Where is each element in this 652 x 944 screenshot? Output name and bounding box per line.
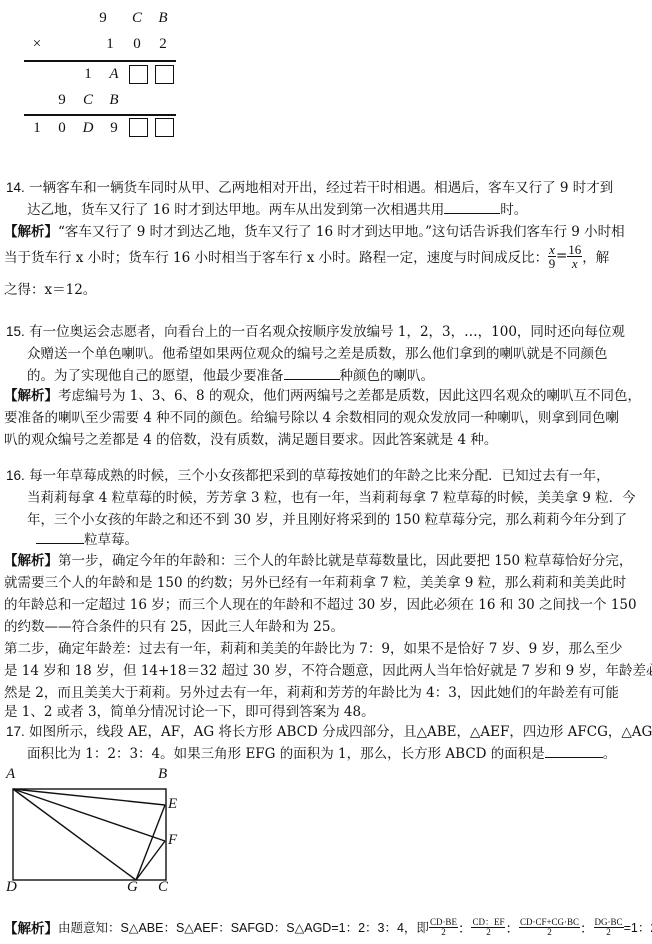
fraction-16-over-x: 16x bbox=[567, 243, 582, 270]
analysis-label: 【解析】 bbox=[4, 917, 58, 937]
letter-d: D bbox=[78, 120, 98, 137]
fraction-x-over-9: x9 bbox=[548, 243, 556, 270]
rectangle-figure: A B E F D G C bbox=[0, 762, 200, 897]
question-text: 一辆客车和一辆货车同时从甲、乙两地相对开出，经过若干时相遇。相遇后，客车又行了 … bbox=[29, 180, 613, 196]
analysis-text: 然是 2，而且美美大于莉莉。另外过去有一年，莉莉和芳芳的年龄比为 4：3，因此她… bbox=[4, 685, 619, 701]
blank-box bbox=[155, 118, 174, 137]
letter-a: A bbox=[104, 66, 124, 83]
digit: 9 bbox=[93, 10, 113, 27]
geometry-diagram bbox=[0, 762, 200, 897]
analysis-text: 之得：x＝12。 bbox=[4, 282, 96, 298]
digit: 0 bbox=[127, 36, 147, 53]
analysis-label: 【解析】 bbox=[4, 553, 58, 569]
question-text: 当莉莉每拿 4 粒草莓的时候，芳芳拿 3 粒，也有一年，当莉莉每拿 7 粒草莓的… bbox=[27, 490, 636, 506]
ratio-separator: ： bbox=[458, 917, 472, 937]
question-text: 年，三个小女孩的年龄之和还不到 30 岁，并且刚好将采到的 150 粒草莓分完，… bbox=[27, 512, 627, 528]
digit: 1 bbox=[78, 66, 98, 83]
question-text: 的。为了实现他自己的愿望，他最少要准备 bbox=[27, 368, 284, 384]
label-g: G bbox=[127, 879, 138, 896]
answer-blank bbox=[545, 745, 603, 758]
answer-blank bbox=[36, 531, 84, 544]
divider-line bbox=[24, 60, 176, 62]
analysis-text: 叭的观众编号之差都是 4 的倍数，没有质数，满足题目要求。因此答案就是 4 种。 bbox=[4, 432, 497, 448]
times-sign: × bbox=[27, 36, 47, 53]
answer-blank bbox=[444, 201, 500, 214]
question-text: 时。 bbox=[500, 202, 527, 218]
fraction: CD：EF2 bbox=[471, 918, 505, 937]
blank-box bbox=[129, 118, 148, 137]
label-b: B bbox=[158, 766, 167, 783]
analysis-text: 就需要三个人的年龄和是 150 的约数；另外已经有一年莉莉拿 7 粒，美美拿 9… bbox=[4, 575, 626, 591]
digit: 2 bbox=[153, 36, 173, 53]
analysis-text: 考虑编号为 1、3、6、8 的观众，他们两两编号之差都是质数，因此这四名观众的喇… bbox=[58, 388, 641, 404]
analysis-text: ，解 bbox=[582, 246, 609, 266]
label-c: C bbox=[158, 879, 168, 896]
analysis-text: 是 1、2 或者 3，简单分情况讨论一下，即可得到答案为 48。 bbox=[4, 704, 375, 720]
question-text: 面积比为 1：2：3：4。如果三角形 EFG 的面积为 1，那么，长方形 ABC… bbox=[27, 746, 545, 762]
analysis-text: 是 14 岁和 18 岁，但 14+18＝32 超过 30 岁，不符合题意，因此… bbox=[4, 663, 652, 679]
blank-box bbox=[129, 65, 148, 84]
answer-blank bbox=[284, 367, 340, 380]
question-number: 16. bbox=[6, 468, 25, 483]
digit: 9 bbox=[104, 120, 124, 137]
label-a: A bbox=[6, 766, 15, 783]
analysis-text: 要准备的喇叭至少需要 4 种不同的颜色。给编号除以 4 余数相同的观众发放同一种… bbox=[4, 410, 619, 426]
question-text: 粒草莓。 bbox=[84, 532, 138, 548]
analysis-text: 由题意知：S△ABE：S△AEF：SAFGD：S△AGD=1：2：3：4，即 bbox=[58, 918, 429, 936]
letter-b: B bbox=[153, 10, 173, 27]
divider-line bbox=[24, 114, 176, 116]
label-e: E bbox=[168, 796, 177, 813]
analysis-text: 第一步，确定今年的年龄和：三个人的年龄比就是草莓数量比，因此要把 150 粒草莓… bbox=[58, 553, 632, 569]
digit: 1 bbox=[100, 36, 120, 53]
fraction: CD·CF+CG·BC2 bbox=[519, 918, 580, 937]
letter-b: B bbox=[104, 92, 124, 109]
fraction: CD·BE2 bbox=[429, 918, 458, 937]
letter-c: C bbox=[127, 10, 147, 27]
label-d: D bbox=[6, 879, 17, 896]
question-number: 14. bbox=[6, 180, 25, 195]
question-text: 。 bbox=[603, 746, 617, 762]
question-text: 有一位奥运会志愿者，向看台上的一百名观众按顺序发放编号 1，2，3，…，100，… bbox=[29, 324, 625, 340]
analysis-text: 的年龄总和一定超过 16 岁；而三个人现在的年龄和不超过 30 岁，因此必须在 … bbox=[4, 597, 637, 613]
equals-sign: = bbox=[556, 248, 567, 264]
multiplication-puzzle: 9 C B × 1 0 2 1 A 9 C B 1 0 D 9 bbox=[0, 0, 200, 145]
question-text: 如图所示，线段 AE，AF，AG 将长方形 ABCD 分成四部分，且△ABE，△… bbox=[29, 724, 652, 740]
letter-c: C bbox=[78, 92, 98, 109]
label-f: F bbox=[168, 832, 177, 849]
digit: 0 bbox=[52, 120, 72, 137]
question-text: 众赠送一个单色喇叭。他希望如果两位观众的编号之差是质数，那么他们拿到的喇叭就是不… bbox=[27, 346, 608, 362]
analysis-text: 第二步，确定年龄差：过去有一年，莉莉和美美的年龄比为 7：9，如果不是恰好 7 … bbox=[4, 641, 623, 657]
analysis-text: =1：2：3：4， bbox=[624, 918, 652, 936]
ratio-separator: ： bbox=[580, 917, 594, 937]
digit: 1 bbox=[27, 120, 47, 137]
ratio-separator: ： bbox=[505, 917, 519, 937]
digit: 9 bbox=[52, 92, 72, 109]
question-text: 达乙地，货车又行了 16 时才到达甲地。两车从出发到第一次相遇共用 bbox=[27, 202, 444, 218]
question-text: 种颜色的喇叭。 bbox=[340, 368, 435, 384]
analysis-text: 的约数——符合条件的只有 25，因此三人年龄和为 25。 bbox=[4, 619, 344, 635]
analysis-text: 当于货车行 x 小时；货车行 16 小时相当于客车行 x 小时。路程一定，速度与… bbox=[4, 246, 548, 266]
question-text: 每一年草莓成熟的时候，三个小女孩都把采到的草莓按她们的年龄之比来分配．已知过去有… bbox=[29, 468, 610, 484]
fraction: DG·BC2 bbox=[594, 918, 624, 937]
blank-box bbox=[155, 65, 174, 84]
question-number: 17. bbox=[6, 724, 25, 739]
analysis-label: 【解析】 bbox=[4, 388, 58, 404]
question-number: 15. bbox=[6, 324, 25, 339]
